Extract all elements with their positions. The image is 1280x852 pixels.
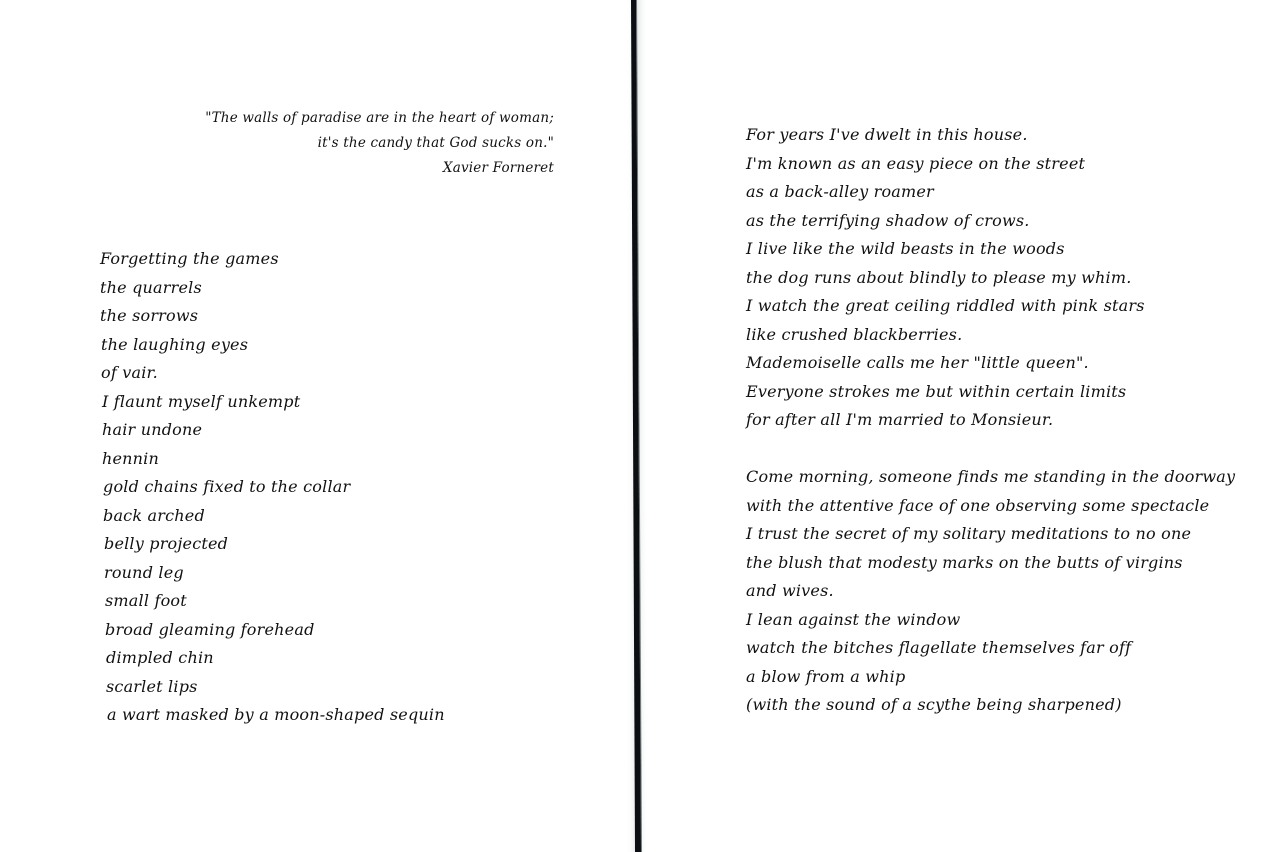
poem-line: Mademoiselle calls me her "little queen"… (746, 349, 1235, 378)
poem-line: I watch the great ceiling riddled with p… (746, 292, 1235, 321)
poem-line: (with the sound of a scythe being sharpe… (746, 691, 1235, 720)
epigraph: "The walls of paradise are in the heart … (205, 106, 554, 181)
poem-line: broad gleaming forehead (105, 616, 445, 645)
poem-line: scarlet lips (106, 673, 445, 702)
book-spread: "The walls of paradise are in the heart … (0, 0, 1280, 852)
poem-line: for after all I'm married to Monsieur. (746, 406, 1235, 435)
poem-line: gold chains fixed to the collar (103, 473, 445, 502)
poem-line: dimpled chin (106, 644, 445, 673)
poem-line: the dog runs about blindly to please my … (746, 264, 1235, 293)
poem-line: For years I've dwelt in this house. (746, 121, 1235, 150)
poem-line: a blow from a whip (746, 663, 1235, 692)
poem-line: belly projected (104, 530, 445, 559)
poem-line: the sorrows (100, 302, 445, 331)
poem-line: a wart masked by a moon-shaped sequin (107, 701, 445, 730)
poem-line: as the terrifying shadow of crows. (746, 207, 1235, 236)
poem-line: Come morning, someone finds me standing … (746, 463, 1235, 492)
epigraph-attribution: Xavier Forneret (205, 156, 554, 181)
poem-line: round leg (104, 559, 445, 588)
poem-line: hair undone (102, 416, 445, 445)
poem-line: Forgetting the games (100, 245, 445, 274)
poem-line: of vair. (101, 359, 445, 388)
poem-line: the quarrels (100, 274, 445, 303)
poem-line: back arched (103, 502, 445, 531)
poem-line: Everyone strokes me but within certain l… (746, 378, 1235, 407)
epigraph-line: it's the candy that God sucks on." (205, 131, 554, 156)
poem-line: I trust the secret of my solitary medita… (746, 520, 1235, 549)
poem-line: the laughing eyes (101, 331, 445, 360)
poem-line: the blush that modesty marks on the butt… (746, 549, 1235, 578)
stanza-break (746, 435, 1235, 464)
poem-line: and wives. (746, 577, 1235, 606)
poem-line: hennin (102, 445, 445, 474)
poem-line: as a back-alley roamer (746, 178, 1235, 207)
poem-line: with the attentive face of one observing… (746, 492, 1235, 521)
poem-line: I live like the wild beasts in the woods (746, 235, 1235, 264)
poem-line: I'm known as an easy piece on the street (746, 150, 1235, 179)
poem-line: I flaunt myself unkempt (102, 388, 445, 417)
gutter-shadow-icon (626, 0, 648, 852)
right-poem: For years I've dwelt in this house. I'm … (746, 121, 1235, 720)
poem-line: watch the bitches flagellate themselves … (746, 634, 1235, 663)
epigraph-line: "The walls of paradise are in the heart … (205, 106, 554, 131)
poem-line: like crushed blackberries. (746, 321, 1235, 350)
poem-line: I lean against the window (746, 606, 1235, 635)
poem-line: small foot (105, 587, 445, 616)
book-gutter (626, 0, 648, 852)
left-poem: Forgetting the games the quarrels the so… (100, 245, 445, 730)
